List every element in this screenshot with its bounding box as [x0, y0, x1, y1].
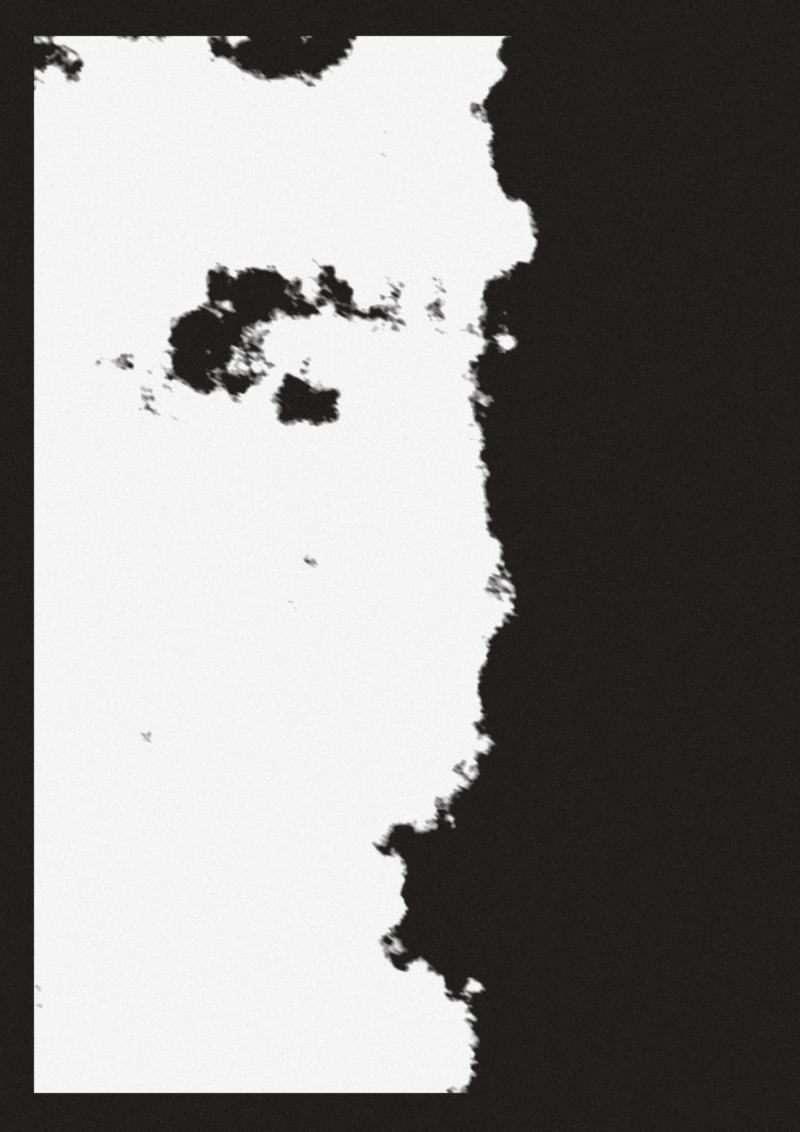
speckle-texture-image	[0, 0, 800, 1132]
photocopy-page	[0, 0, 800, 1132]
